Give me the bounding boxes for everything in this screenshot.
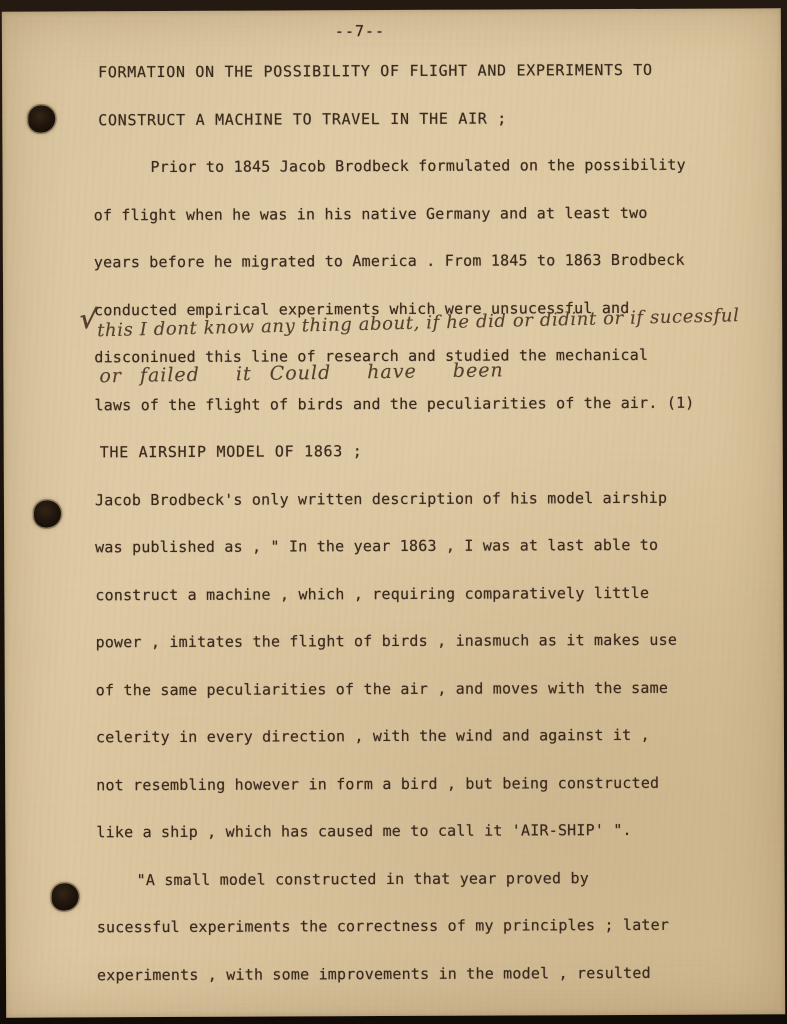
- typed-line: laws of the flight of birds and the pecu…: [94, 393, 694, 415]
- typed-line: of the same peculiarities of the air , a…: [96, 678, 668, 699]
- heading-line: FORMATION ON THE POSSIBILITY OF FLIGHT A…: [98, 61, 653, 82]
- typed-line: Jacob Brodbeck's only written descriptio…: [95, 488, 667, 509]
- handwritten-checkmark: √: [78, 304, 99, 337]
- typed-line: not resembling however in form a bird , …: [96, 773, 659, 794]
- typed-line: of flight when he was in his native Germ…: [94, 203, 648, 224]
- typed-line: was published as , " In the year 1863 , …: [95, 536, 658, 557]
- typed-line: power , imitates the flight of birds , i…: [96, 631, 678, 653]
- heading-line: CONSTRUCT A MACHINE TO TRAVEL IN THE AIR…: [98, 109, 507, 130]
- typed-line: experiments , with some improvements in …: [97, 963, 651, 984]
- heading-line: THE AIRSHIP MODEL OF 1863 ;: [100, 442, 363, 462]
- typed-line: sucessful experiments the correctness of…: [97, 916, 669, 937]
- typed-line: construct a machine , which , requiring …: [95, 583, 649, 604]
- typed-line: years before he migrated to America . Fr…: [94, 251, 685, 273]
- scanned-document-photo: { "page": { "number": "--7--", "lines": …: [0, 0, 787, 1024]
- typed-line: "A small model constructed in that year …: [97, 869, 589, 890]
- typed-line: Prior to 1845 Jacob Brodbeck formulated …: [93, 156, 685, 178]
- typed-text-layer: FORMATION ON THE POSSIBILITY OF FLIGHT A…: [2, 8, 785, 1017]
- typed-line: celerity in every direction , with the w…: [96, 726, 650, 747]
- typed-line: like a ship , which has caused me to cal…: [96, 821, 631, 842]
- document-page: --7-- FORMATION ON THE POSSIBILITY OF FL…: [2, 8, 785, 1017]
